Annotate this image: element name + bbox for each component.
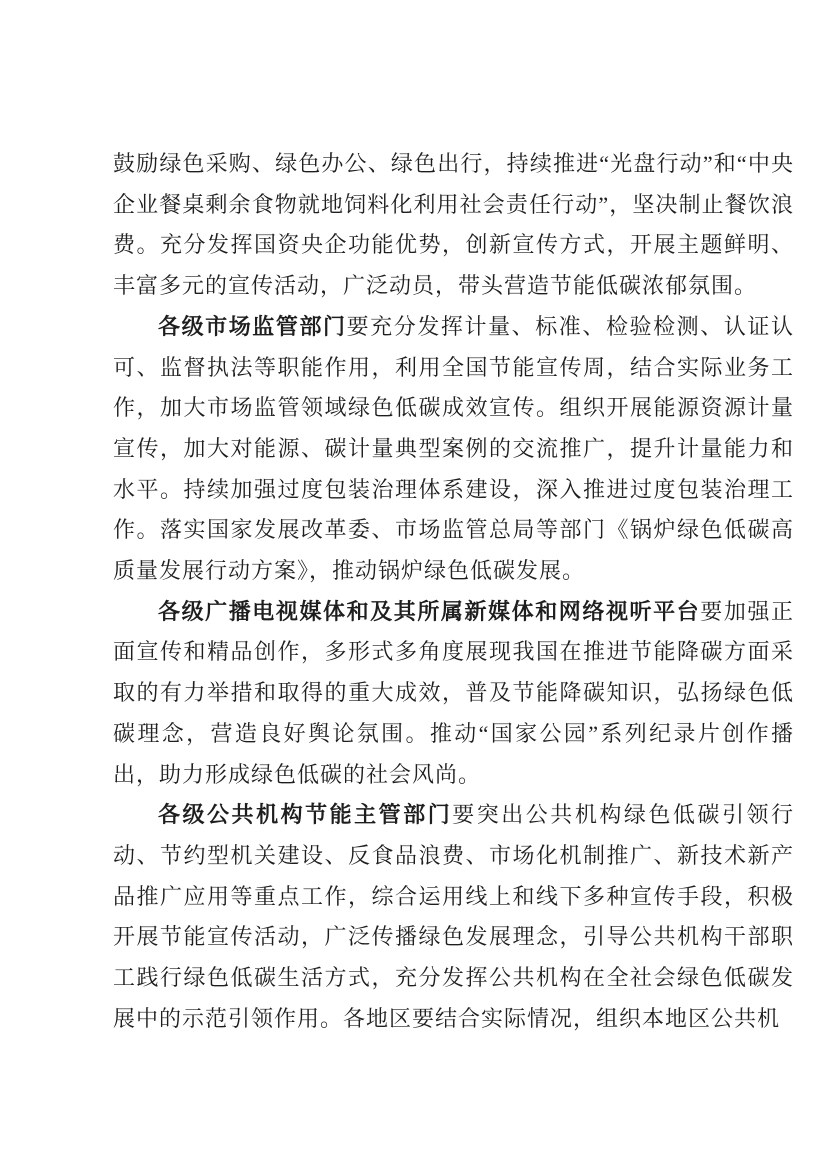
paragraph-lead: 各级公共机构节能主管部门 <box>158 802 452 827</box>
paragraph: 各级市场监管部门要充分发挥计量、标准、检验检测、认证认可、监督执法等职能作用，利… <box>113 307 794 592</box>
paragraph-text: 要突出公共机构绿色低碳引领行动、节约型机关建设、反食品浪费、市场化机制推广、新技… <box>113 802 794 1031</box>
paragraph-text: 要加强正面宣传和精品创作，多形式多角度展现我国在推进节能降碳方面采取的有力举措和… <box>113 599 794 787</box>
paragraph: 各级公共机构节能主管部门要突出公共机构绿色低碳引领行动、节约型机关建设、反食品浪… <box>113 795 794 1039</box>
paragraph-text: 要充分发挥计量、标准、检验检测、认证认可、监督执法等职能作用，利用全国节能宣传周… <box>113 314 794 583</box>
document-body: 鼓励绿色采购、绿色办公、绿色出行，持续推进“光盘行动”和“中央企业餐桌剩余食物就… <box>113 144 794 1039</box>
paragraph-lead: 各级市场监管部门 <box>158 314 347 339</box>
paragraph: 鼓励绿色采购、绿色办公、绿色出行，持续推进“光盘行动”和“中央企业餐桌剩余食物就… <box>113 144 794 307</box>
paragraph-text: 鼓励绿色采购、绿色办公、绿色出行，持续推进“光盘行动”和“中央企业餐桌剩余食物就… <box>113 151 794 298</box>
paragraph-lead: 各级广播电视媒体和及其所属新媒体和网络视听平台 <box>158 599 700 624</box>
document-page: 鼓励绿色采购、绿色办公、绿色出行，持续推进“光盘行动”和“中央企业餐桌剩余食物就… <box>0 0 827 1169</box>
paragraph: 各级广播电视媒体和及其所属新媒体和网络视听平台要加强正面宣传和精品创作，多形式多… <box>113 592 794 796</box>
